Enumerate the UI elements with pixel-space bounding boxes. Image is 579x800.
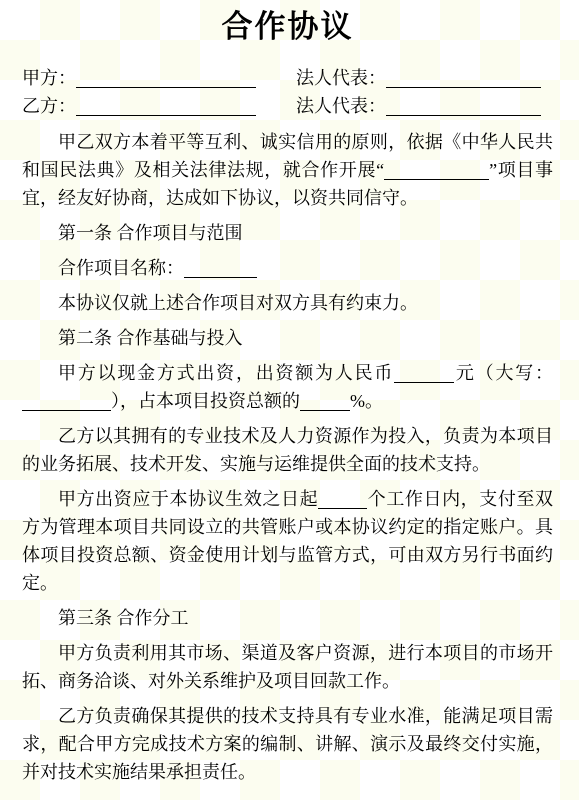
section-heading: 第二条 合作基础与投入 [22, 324, 553, 352]
blank-underline [384, 161, 489, 180]
blank-underline [318, 490, 367, 509]
document-body: 甲乙双方本着平等互利、诚实信用的原则，依据《中华人民共和国民法典》及相关法律法规… [22, 128, 553, 786]
legal-representative-label: 法人代表： [296, 68, 386, 88]
text-run: ），占本项目投资总额的 [111, 391, 300, 411]
party-label: 甲方： [22, 68, 76, 88]
section-heading: 第三条 合作分工 [22, 604, 553, 632]
party-label: 乙方： [22, 96, 76, 116]
document-page: 合作协议 甲方：法人代表：乙方：法人代表： 甲乙双方本着平等互利、诚实信用的原则… [0, 0, 579, 800]
party-name-blank [76, 69, 256, 88]
blank-underline [22, 392, 111, 411]
text-run: 第一条 合作项目与范围 [58, 223, 243, 243]
representative-name-blank [386, 69, 541, 88]
text-run: 本协议仅就上述合作项目对双方具有约束力。 [58, 293, 418, 313]
representative-name-blank [386, 97, 541, 116]
party-row-2: 乙方：法人代表： [22, 92, 553, 120]
paragraph: 乙方以其拥有的专业技术及人力资源作为投入，负责为本项目的业务拓展、技术开发、实施… [22, 422, 553, 478]
text-run: 甲方以现金方式出资，出资额为人民币 [58, 363, 394, 383]
section-heading: 第一条 合作项目与范围 [22, 219, 553, 247]
paragraph: 本协议仅就上述合作项目对双方具有约束力。 [22, 289, 553, 317]
paragraph: 甲方出资应于本协议生效之日起个工作日内，支付至双方为管理本项目共同设立的共管账户… [22, 485, 553, 597]
text-run: 第二条 合作基础与投入 [58, 328, 243, 348]
blank-underline [394, 364, 454, 383]
party-row-1: 甲方：法人代表： [22, 64, 553, 92]
paragraph: 乙方负责确保其提供的技术支持具有专业水准，能满足项目需求，配合甲方完成技术方案的… [22, 702, 553, 786]
text-run: 甲方出资应于本协议生效之日起 [58, 489, 318, 509]
blank-underline [300, 392, 350, 411]
text-run: 第三条 合作分工 [58, 608, 189, 628]
text-run: 乙方负责确保其提供的技术支持具有专业水准，能满足项目需求，配合甲方完成技术方案的… [22, 706, 553, 782]
party-name-blank [76, 97, 256, 116]
text-run: %。 [350, 391, 383, 411]
text-run: 元（大写： [454, 363, 553, 383]
party-block: 甲方：法人代表：乙方：法人代表： [22, 64, 553, 120]
paragraph: 甲方负责利用其市场、渠道及客户资源，进行本项目的市场开拓、商务洽谈、对外关系维护… [22, 639, 553, 695]
text-run: 甲方负责利用其市场、渠道及客户资源，进行本项目的市场开拓、商务洽谈、对外关系维护… [22, 643, 553, 691]
paragraph: 甲方以现金方式出资，出资额为人民币元（大写：），占本项目投资总额的%。 [22, 359, 553, 415]
text-run: 合作项目名称： [58, 258, 184, 278]
legal-representative-label: 法人代表： [296, 96, 386, 116]
text-run: 乙方以其拥有的专业技术及人力资源作为投入，负责为本项目的业务拓展、技术开发、实施… [22, 426, 553, 474]
paragraph: 合作项目名称： [22, 254, 553, 282]
paragraph: 甲乙双方本着平等互利、诚实信用的原则，依据《中华人民共和国民法典》及相关法律法规… [22, 128, 553, 212]
document-title: 合作协议 [22, 8, 553, 46]
blank-underline [184, 259, 257, 278]
